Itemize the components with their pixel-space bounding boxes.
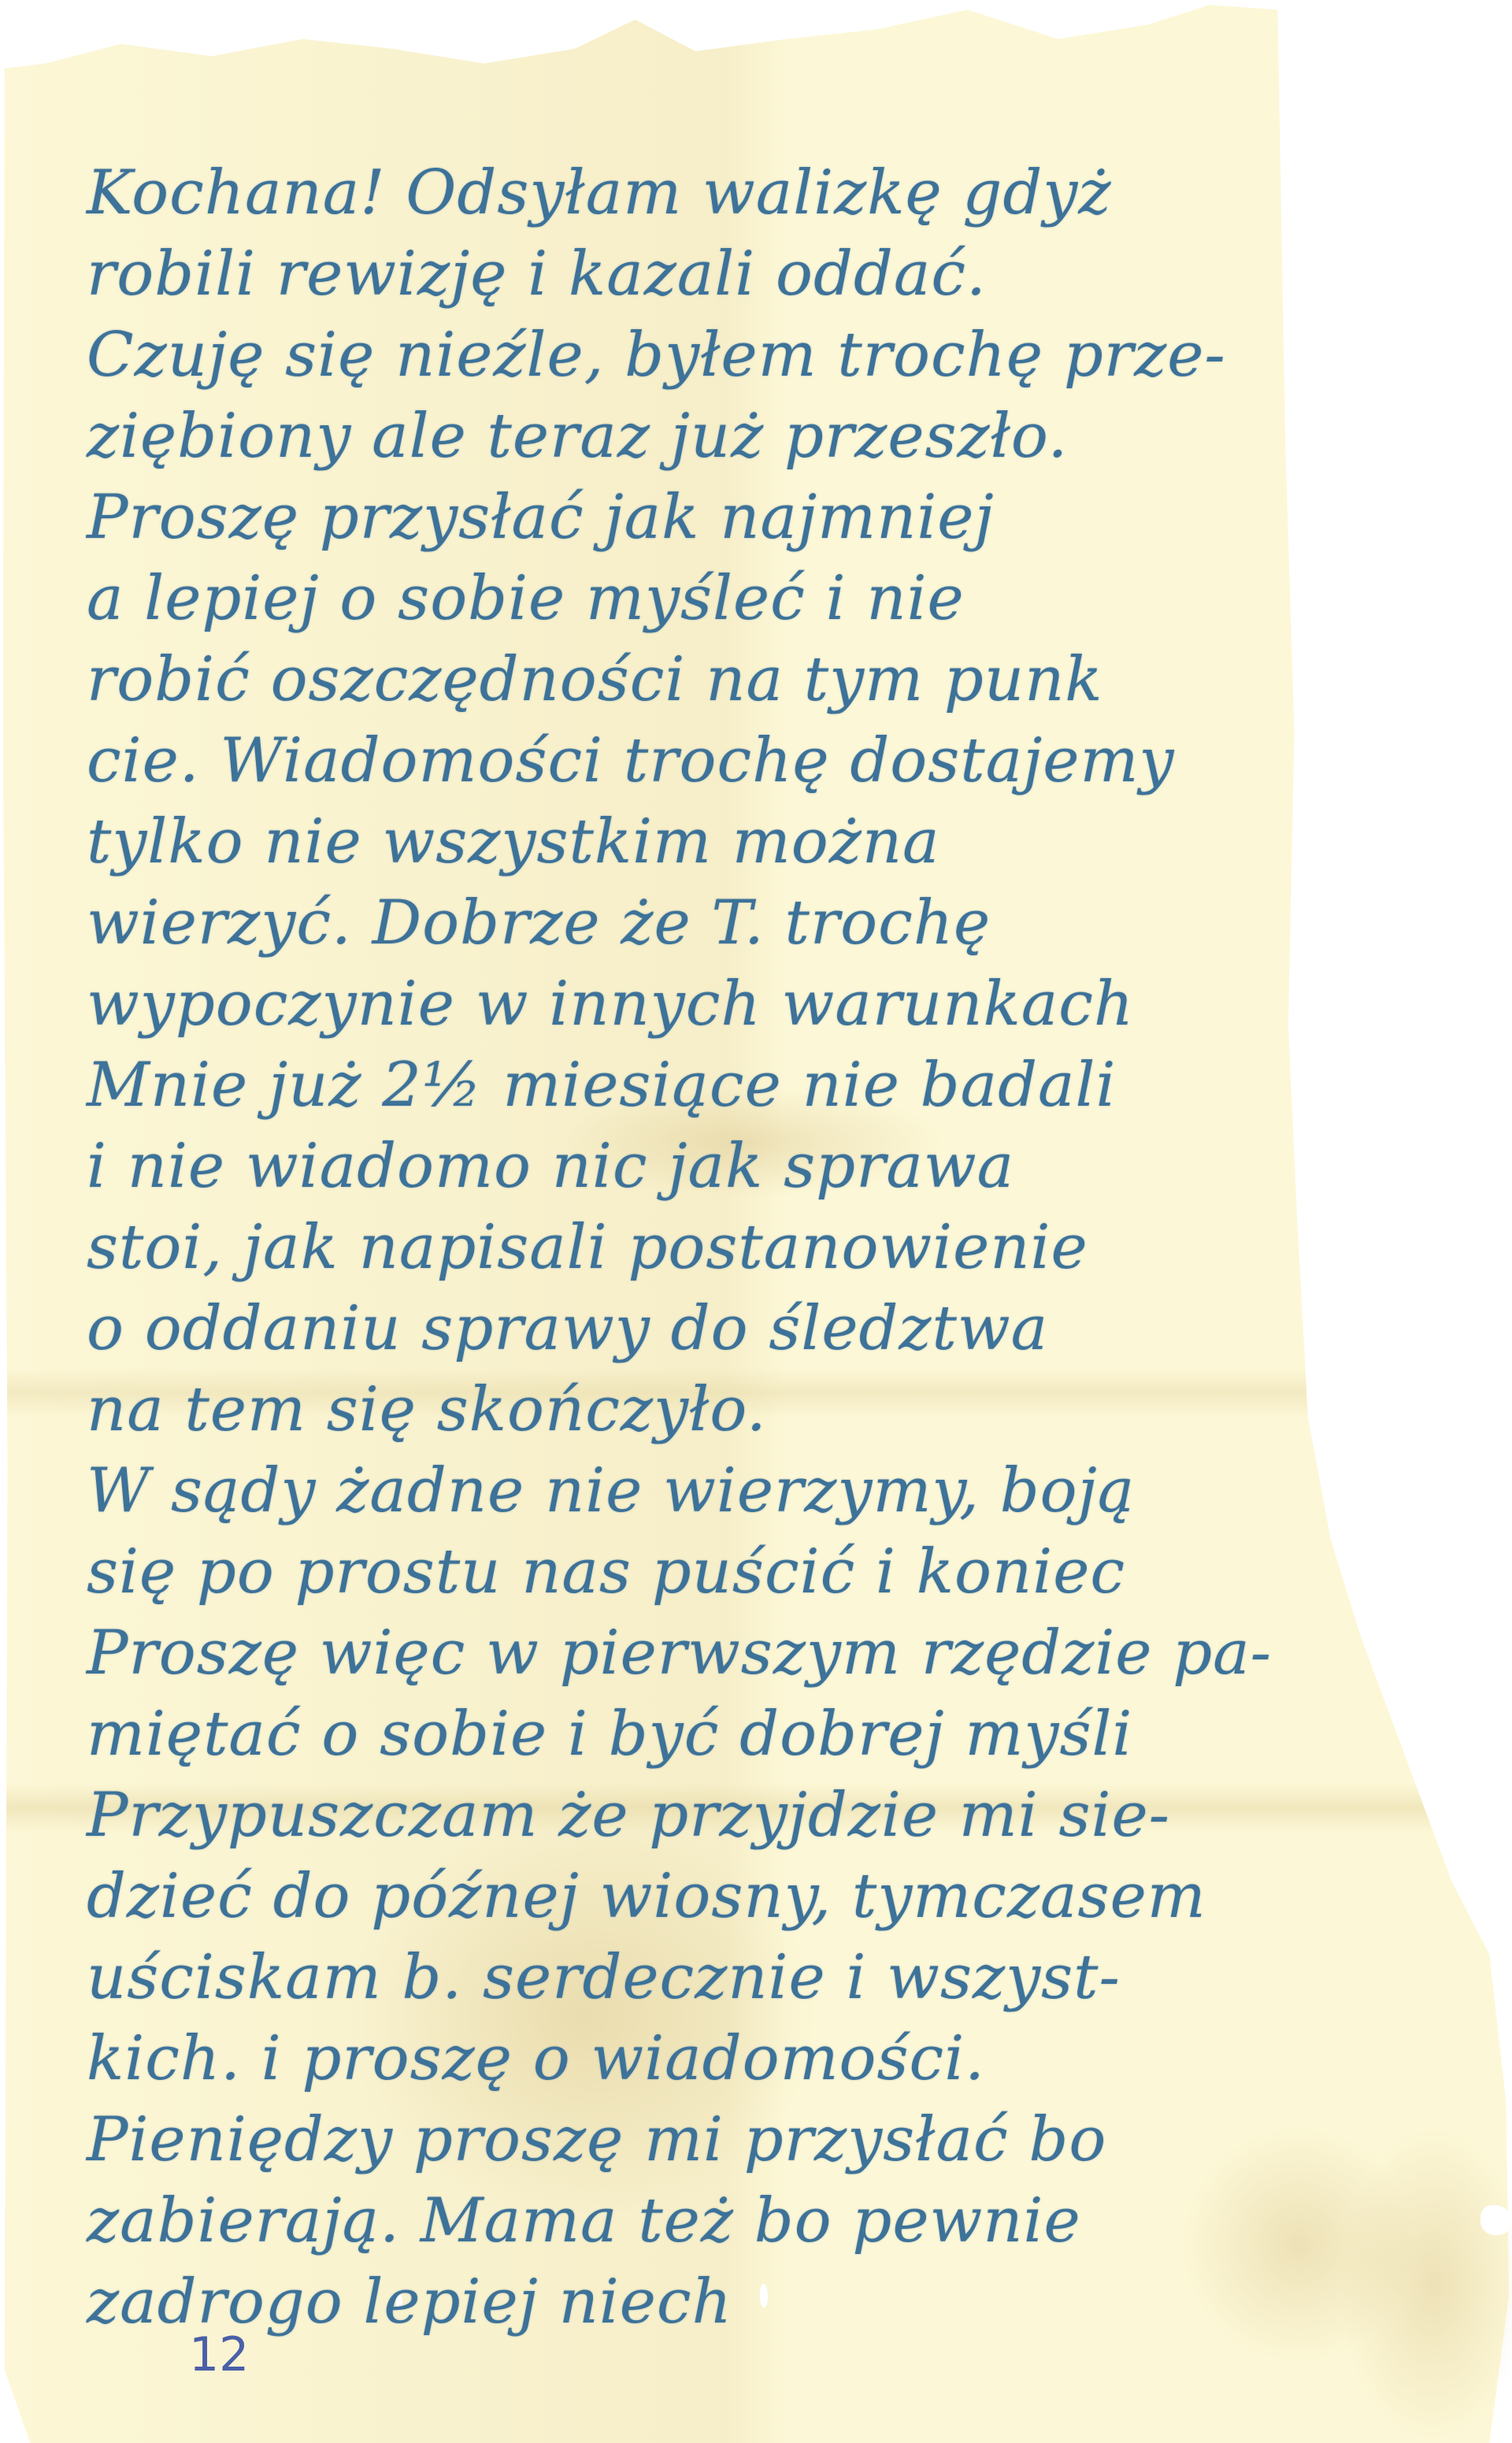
letter-line: Kochana! Odsyłam walizkę gdyż	[87, 158, 1111, 228]
letter-line: a lepiej o sobie myśleć i nie	[87, 563, 965, 634]
letter-line: Proszę więc w pierwszym rzędzie pa-	[87, 1618, 1272, 1689]
letter-line: cie. Wiadomości trochę dostajemy	[87, 725, 1175, 796]
letter-line: uściskam b. serdecznie i wszyst-	[87, 1942, 1121, 2013]
paper-stain	[1181, 2126, 1417, 2363]
paper-hole	[760, 2284, 768, 2308]
letter-line: się po prostu nas puścić i koniec	[87, 1537, 1125, 1607]
letter-line: W sądy żadne nie wierzymy, boją	[87, 1455, 1135, 1526]
letter-line: wypoczynie w innych warunkach	[87, 969, 1134, 1040]
letter-line: Przypuszczam że przyjdzie mi sie-	[87, 1780, 1170, 1851]
letter-line: zabierają. Mama też bo pewnie	[87, 2185, 1081, 2256]
letter-line: miętać o sobie i być dobrej myśli	[87, 1699, 1132, 1770]
letter-line: ziębiony ale teraz już przeszło.	[87, 401, 1068, 472]
letter-line: Mnie już 2½ miesiące nie badali	[87, 1050, 1116, 1121]
letter-line: Czuję się nieźle, byłem trochę prze-	[87, 320, 1226, 391]
letter-line: Pieniędzy proszę mi przysłać bo	[87, 2104, 1106, 2175]
letter-line: robili rewizję i kazali oddać.	[87, 239, 987, 310]
letter-line: i nie wiadomo nic jak sprawa	[87, 1131, 1014, 1202]
letter-line: dzieć do późnej wiosny, tymczasem	[87, 1861, 1206, 1932]
letter-line: Proszę przysłać jak najmniej	[87, 482, 995, 553]
letter-line: stoi, jak napisali postanowienie	[87, 1212, 1088, 1283]
letter-line: wierzyć. Dobrze że T. trochę	[87, 888, 991, 958]
letter-line: robić oszczędności na tym punk	[87, 644, 1103, 715]
letter-line: tylko nie wszystkim można	[87, 806, 940, 877]
letter-line: kich. i proszę o wiadomości.	[87, 2023, 985, 2094]
letter-line: o oddaniu sprawy do śledztwa	[87, 1293, 1048, 1364]
letter-line: zadrogo lepiej niech	[87, 2267, 732, 2337]
letter-line: na tem się skończyło.	[87, 1374, 767, 1445]
paper-hole	[1480, 2205, 1512, 2235]
archive-number: 12	[189, 2327, 249, 2382]
